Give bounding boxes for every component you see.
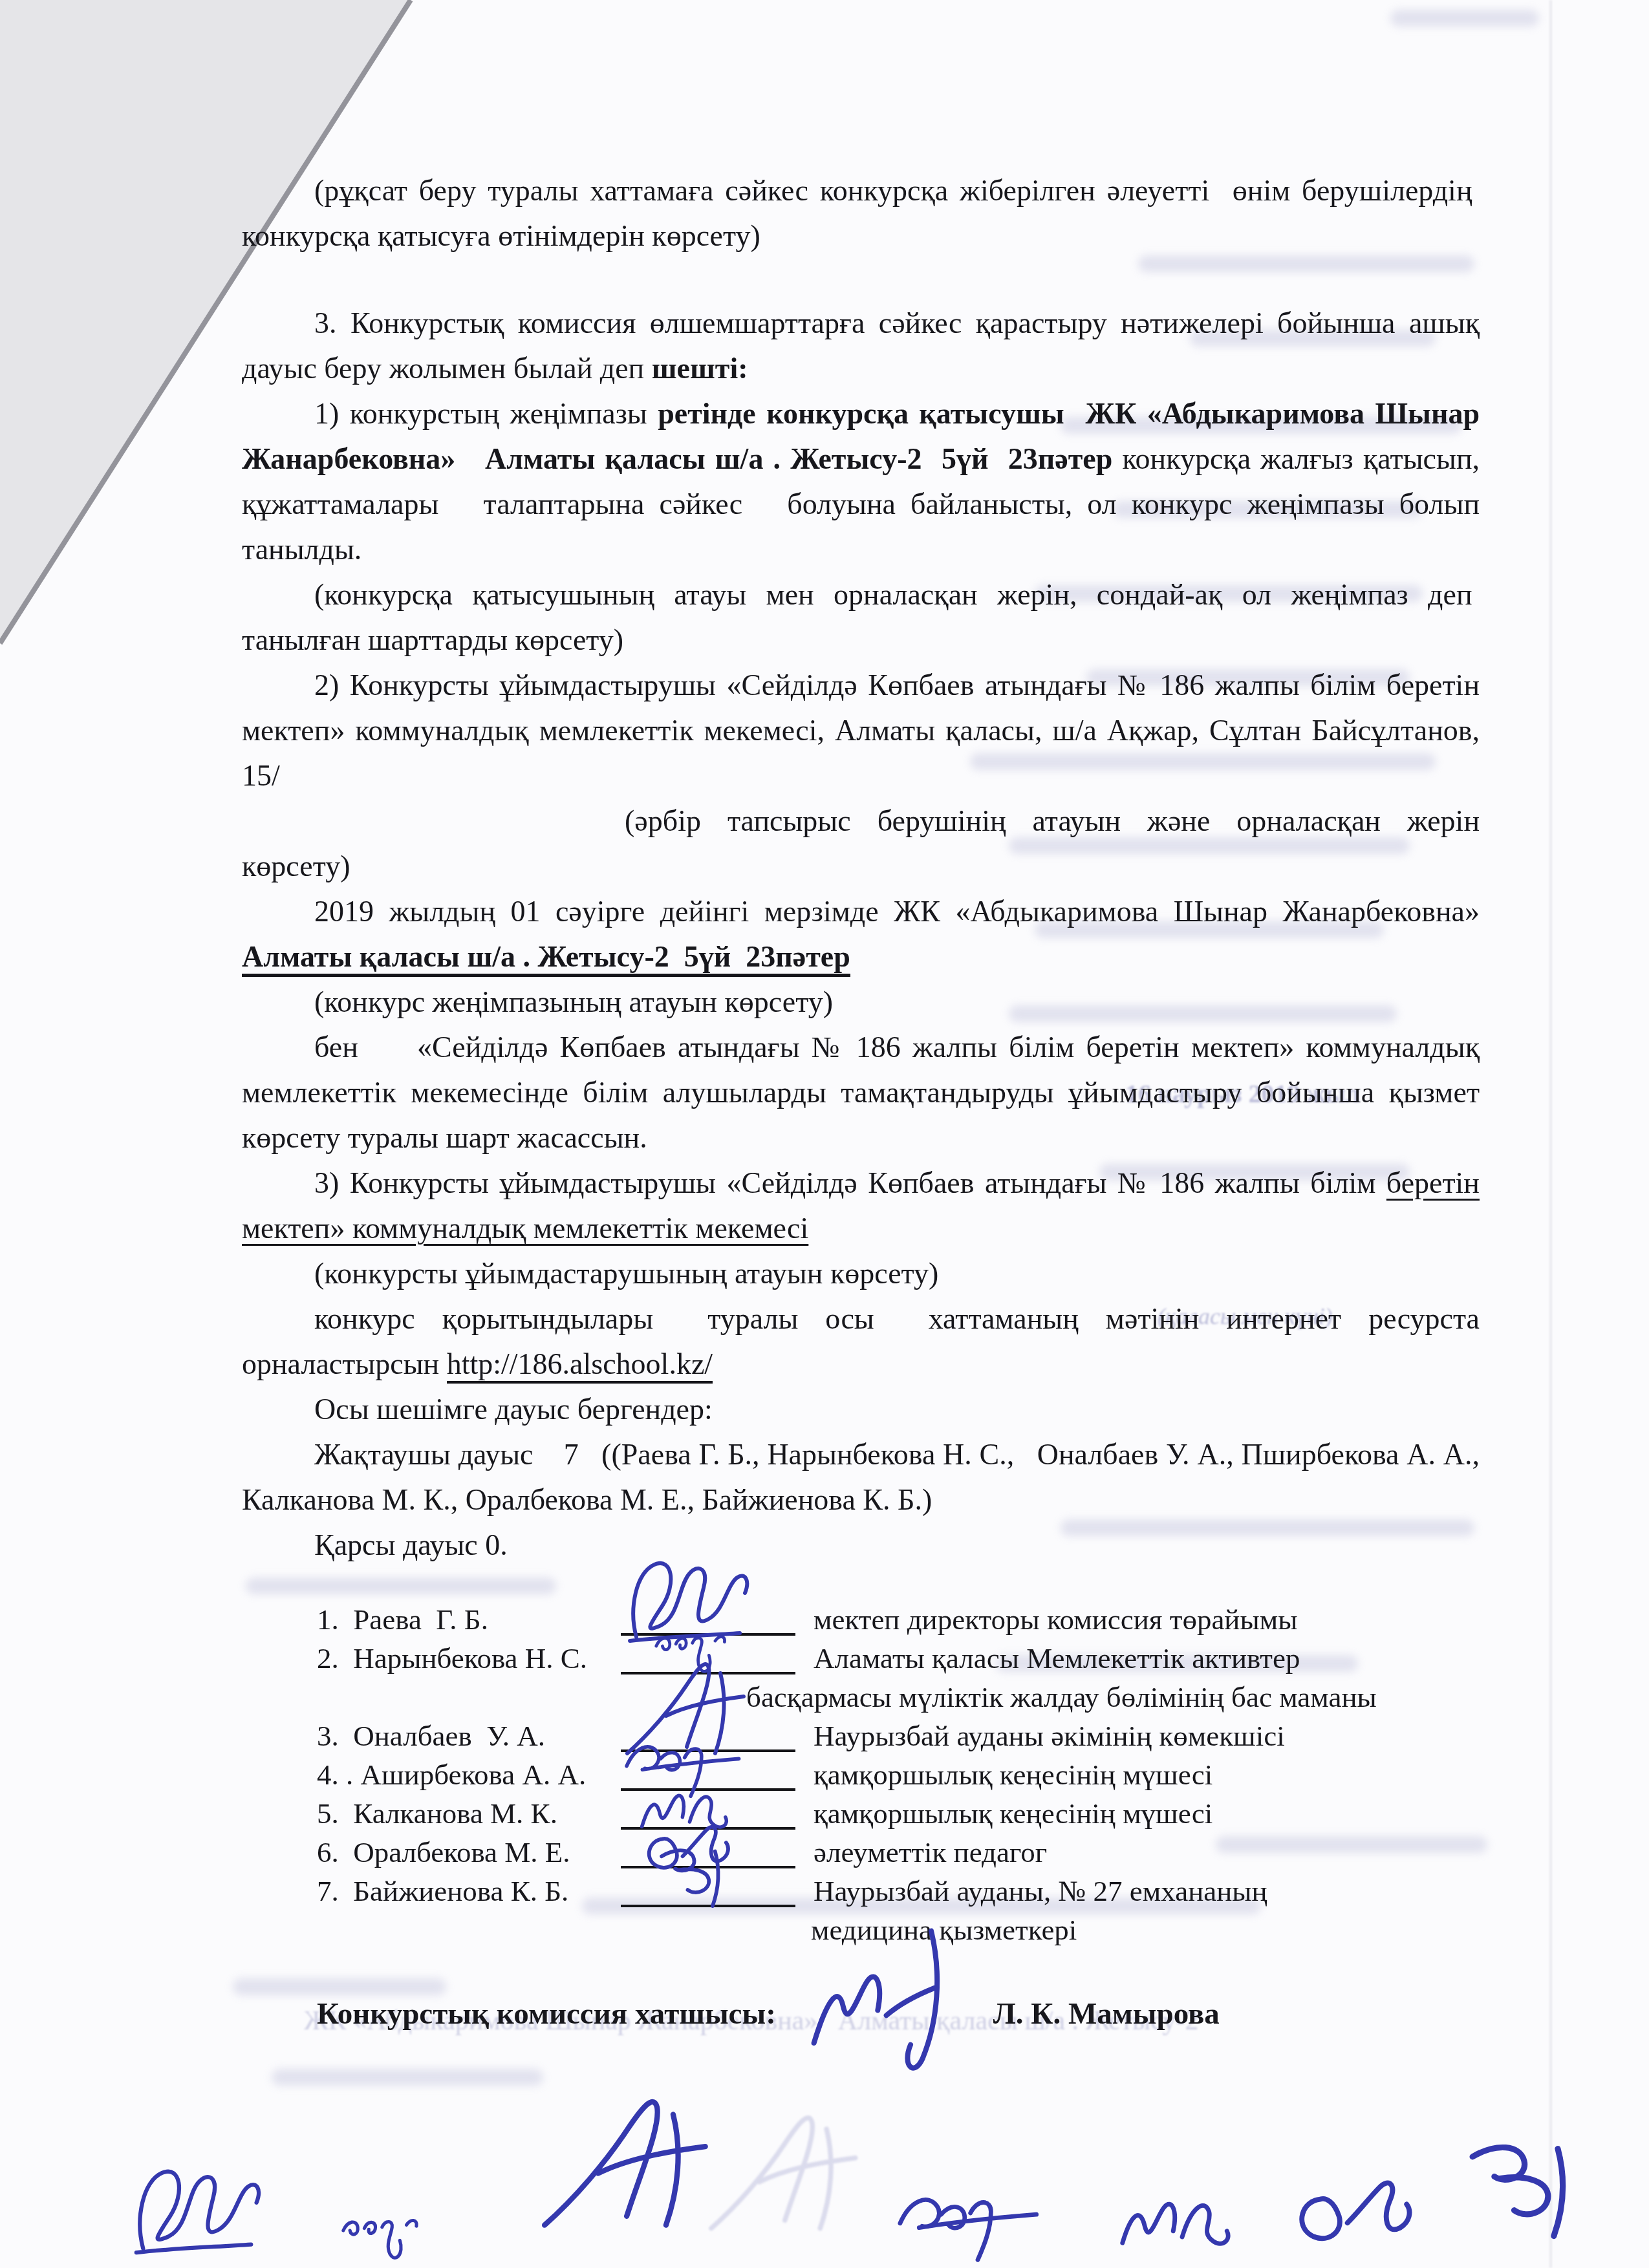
- voter-name: 7. Байжиенова К. Б.: [317, 1868, 621, 1914]
- text-segment: 3) Конкурсты ұйымдастырушы «Сейділдә Көп…: [314, 1166, 1386, 1199]
- paragraph-note-applications: (рұқсат беру туралы хаттамаға сәйкес кон…: [242, 168, 1480, 259]
- secretary-signature-area: [776, 1998, 989, 2037]
- text-segment: 1) конкурстың жеңімпазы: [314, 397, 658, 430]
- paragraph-contract-with-school: бен «Сейділдә Көпбаев атындағы № 186 жал…: [242, 1025, 1480, 1161]
- text-segment: (әрбір тапсырыс берушінің атауын және ор…: [242, 804, 1480, 883]
- secretary-label: Конкурстық комиссия хатшысы:: [317, 1991, 776, 2037]
- paper-edge-shadow: [1549, 0, 1552, 2268]
- text-segment: (рұқсат беру туралы хаттамаға сәйкес кон…: [242, 174, 1480, 252]
- voter-role: Наурызбай ауданы, № 27 емхананың: [814, 1868, 1267, 1914]
- bottom-signature-raeva: [123, 2153, 278, 2256]
- website-link: http://186.alschool.kz/: [447, 1347, 713, 1384]
- bleedthrough-smudge: [272, 2069, 543, 2086]
- bottom-signature-bayzhienova: [1449, 2101, 1578, 2250]
- voters-list: 1. Раева Г. Б. мектеп директоры комиссия…: [242, 1597, 1480, 1946]
- voter-row: 7. Байжиенова К. Б. Наурызбай ауданы, № …: [317, 1868, 1480, 1907]
- bottom-signature-oralbekova: [1267, 2140, 1429, 2250]
- text-segment: Жақтаушы дауыс 7 ((Раева Г. Б., Нарынбек…: [242, 1438, 1480, 1516]
- bottom-signature-kalkanova: [1099, 2159, 1255, 2256]
- paragraph-note-winner-name: (конкурс жеңімпазының атауын көрсету): [242, 979, 1480, 1025]
- paragraph-voted: Осы шешімге дауыс бергендер:: [242, 1387, 1480, 1432]
- text-segment-bold: шешті:: [652, 352, 748, 385]
- bottom-signature-onalbaev: [530, 2075, 718, 2250]
- voter-name: 2. Нарынбекова Н. С.: [317, 1636, 621, 1681]
- document-body: (рұқсат беру туралы хаттамаға сәйкес кон…: [242, 168, 1480, 2037]
- paragraph-note-winner-terms: (конкурсқа қатысушының атауы мен орналас…: [242, 572, 1480, 663]
- paragraph-decision-intro: 3. Конкурстық комиссия өлшемшарттарға сә…: [242, 301, 1480, 391]
- bottom-signature-ghost: [698, 2095, 867, 2250]
- paragraph-note-customer: (әрбір тапсырыс берушінің атауын және ор…: [242, 798, 1480, 889]
- text-segment: 2019 жылдың 01 сәуірге дейінгі мерзімде …: [314, 895, 1480, 928]
- text-segment: Осы шешімге дауыс бергендер:: [314, 1393, 713, 1426]
- secretary-row: Конкурстық комиссия хатшысы: Л. К. Мамыр…: [242, 1991, 1480, 2037]
- voter-row: 2. Нарынбекова Н. С. Аламаты қаласы Мемл…: [317, 1636, 1480, 1674]
- scanned-document-page: 16 наурыз 2019 жыл (қаласы мен күні) ЖК …: [0, 0, 1649, 2268]
- voter-row: 1. Раева Г. Б. мектеп директоры комиссия…: [317, 1597, 1480, 1636]
- paragraph-votes-against: Қарсы дауыс 0.: [242, 1523, 1480, 1568]
- voter-role: Аламаты қаласы Мемлекеттік активтер: [814, 1636, 1300, 1681]
- signature-line: [621, 1871, 795, 1907]
- text-segment: (конкурсқа қатысушының атауы мен орналас…: [242, 578, 1480, 656]
- text-segment: 3. Конкурстық комиссия өлшемшарттарға сә…: [242, 306, 1480, 385]
- paragraph-internet-resource: конкурс қорытындылары туралы осы хаттама…: [242, 1296, 1480, 1387]
- text-segment: (конкурс жеңімпазының атауын көрсету): [314, 985, 833, 1018]
- voter-row: 4. . Аширбекова А. А. қамқоршылық кеңесі…: [317, 1752, 1480, 1791]
- signature-mamyrova: [802, 1914, 957, 2095]
- text-segment: бен «Сейділдә Көпбаев атындағы № 186 жал…: [242, 1031, 1480, 1154]
- voter-row: 5. Калканова М. К. қамқоршылық кеңесінің…: [317, 1791, 1480, 1830]
- text-segment: (конкурсты ұйымдастарушының атауын көрсе…: [314, 1257, 938, 1290]
- text-segment: конкурс қорытындылары туралы осы хаттама…: [242, 1302, 1480, 1380]
- paragraph-note-organizer-name: (конкурсты ұйымдастарушының атауын көрсе…: [242, 1251, 1480, 1296]
- text-segment: Қарсы дауыс 0.: [314, 1528, 508, 1561]
- paragraph-organizer: 2) Конкурсты ұйымдастырушы «Сейділдә Көп…: [242, 663, 1480, 798]
- bottom-signature-ashirbekova: [886, 2153, 1048, 2263]
- paragraph-organizer-publish: 3) Конкурсты ұйымдастырушы «Сейділдә Көп…: [242, 1161, 1480, 1251]
- voter-row: 3. Оналбаев У. А. Наурызбай ауданы әкімі…: [317, 1713, 1480, 1752]
- signature-bayzhienova: [647, 1821, 727, 1915]
- text-segment-underlined: Алматы қаласы ш/а . Жетысу-2 5үй 23пәтер: [242, 940, 850, 977]
- bottom-signature-narynbekova: [310, 2192, 453, 2268]
- paragraph-votes-for: Жақтаушы дауыс 7 ((Раева Г. Б., Нарынбек…: [242, 1432, 1480, 1523]
- voter-row: 6. Оралбекова М. Е. әлеуметтік педагог: [317, 1830, 1480, 1868]
- text-segment: 2) Конкурсты ұйымдастырушы «Сейділдә Көп…: [242, 669, 1480, 792]
- paragraph-winner: 1) конкурстың жеңімпазы ретінде конкурсқ…: [242, 391, 1480, 572]
- secretary-name: Л. К. Мамырова: [993, 1991, 1220, 2037]
- paragraph-contract-deadline: 2019 жылдың 01 сәуірге дейінгі мерзімде …: [242, 889, 1480, 979]
- bleedthrough-smudge: [1390, 10, 1539, 27]
